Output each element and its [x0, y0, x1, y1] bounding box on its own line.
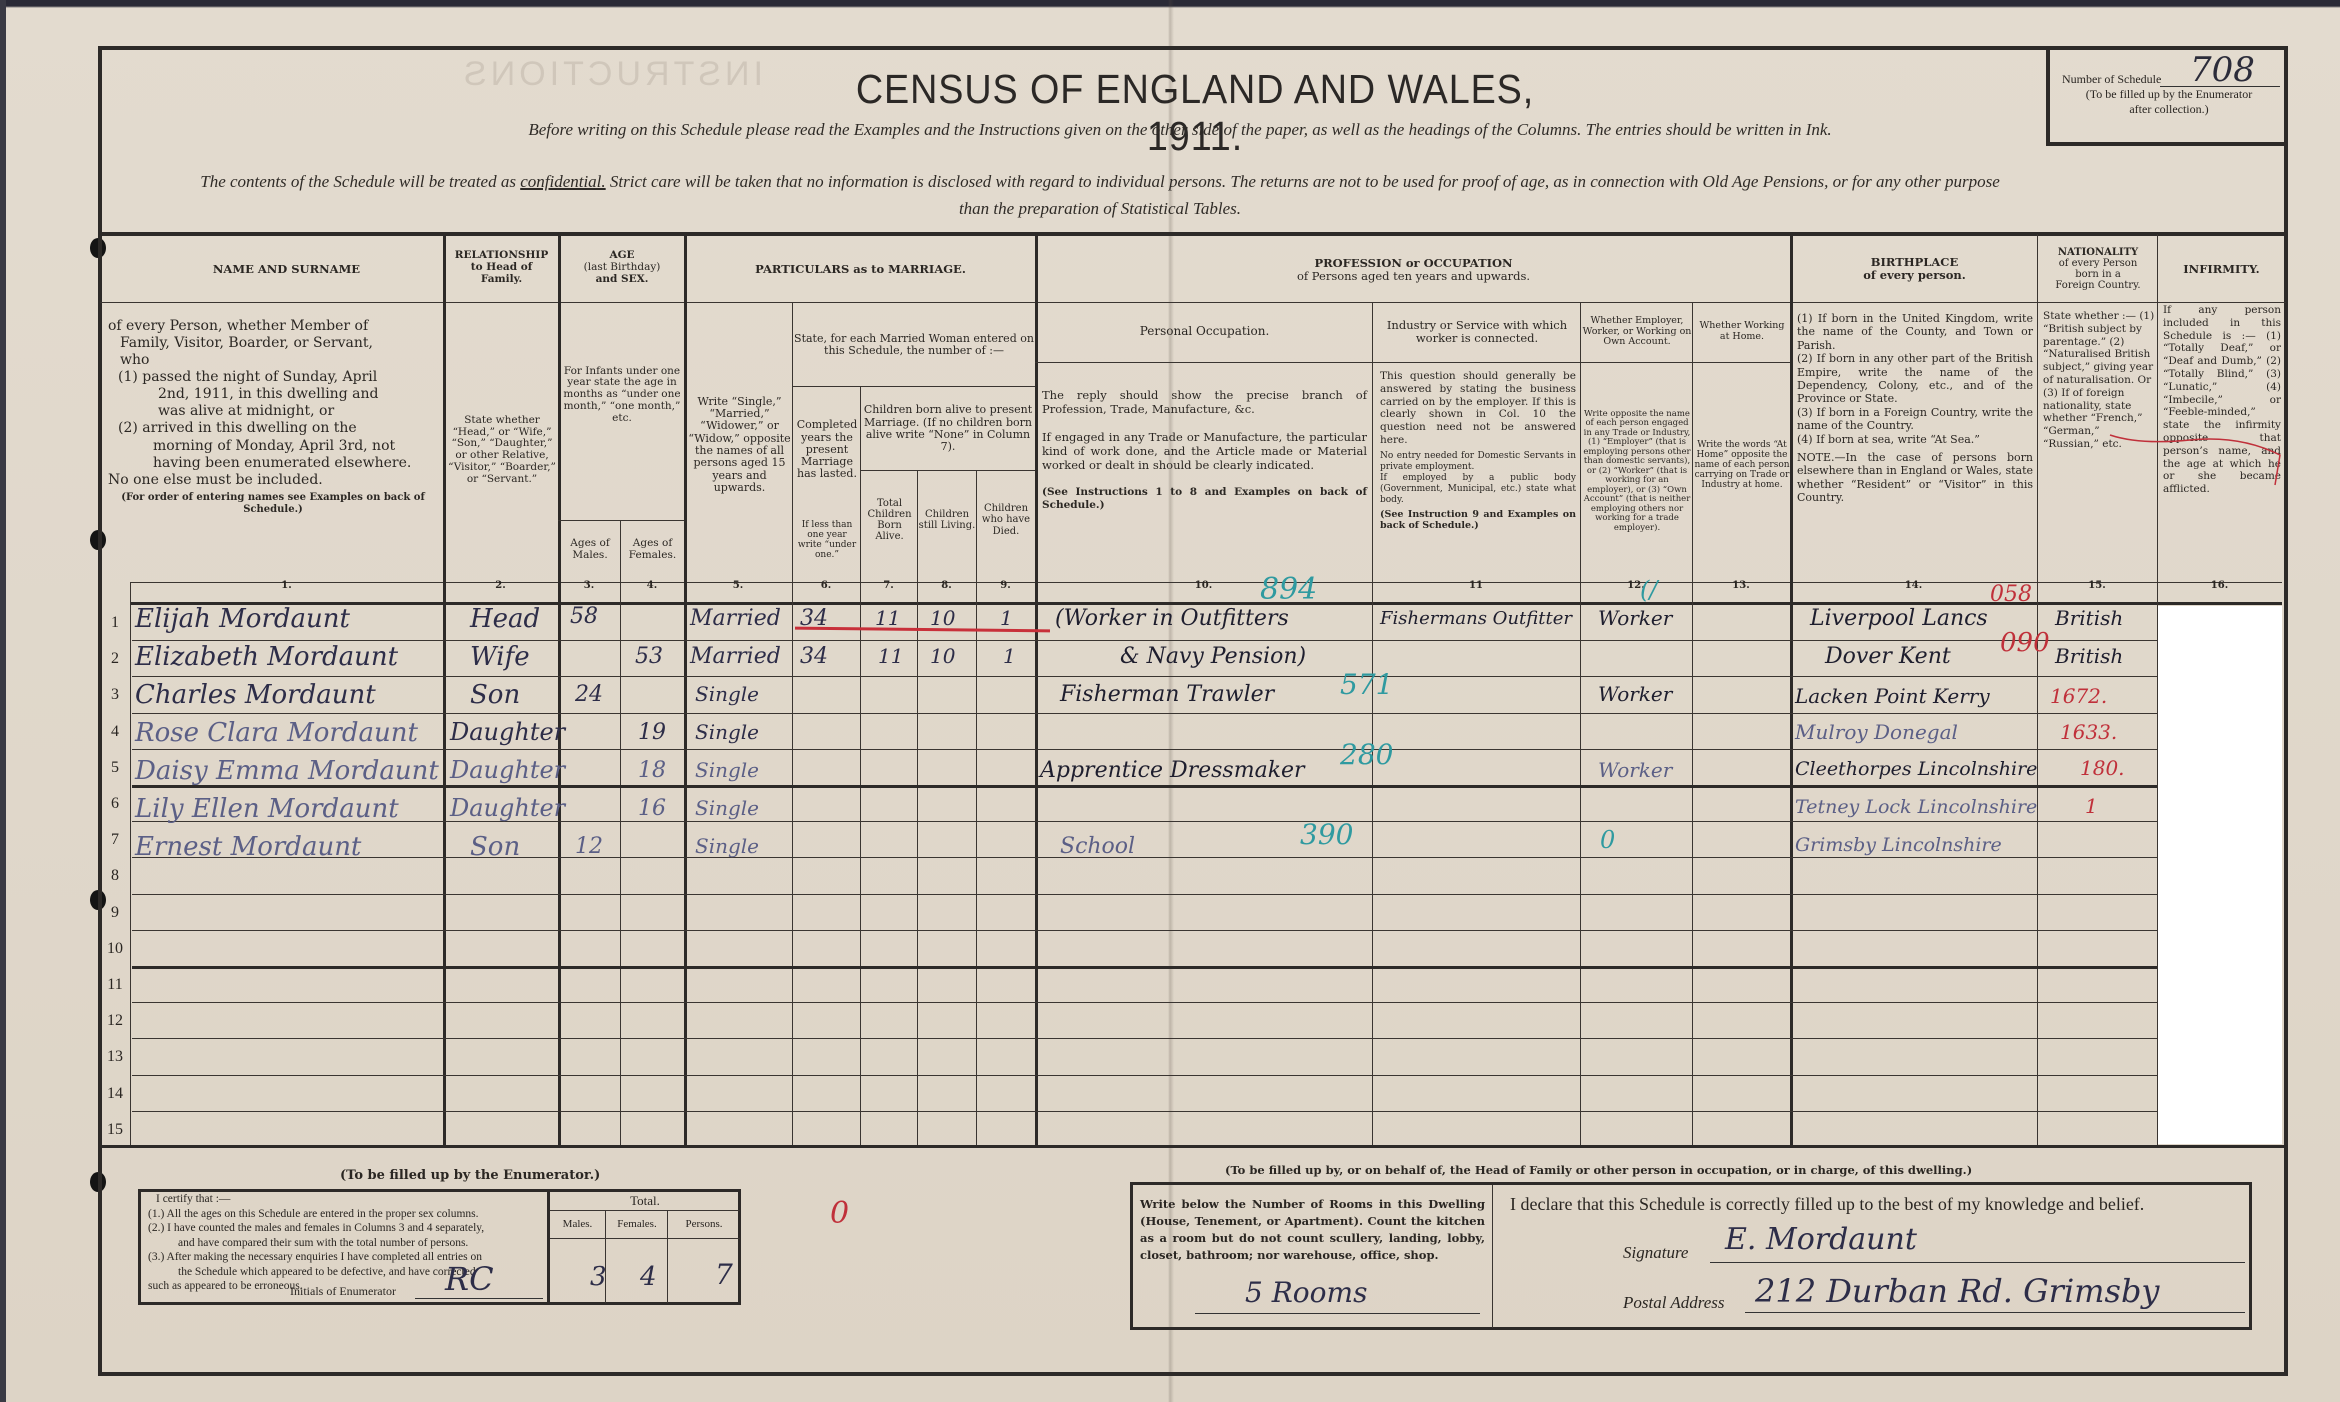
cell-relationship[interactable]: Son — [470, 680, 520, 710]
total-males-label: Males. — [550, 1218, 605, 1230]
column-number: 2. — [443, 580, 558, 602]
row-number: 13 — [100, 1048, 130, 1066]
confidentiality-notice: The contents of the Schedule will be tre… — [120, 168, 2080, 222]
cell-children-living[interactable]: 10 — [930, 644, 955, 668]
enumerator-heading: (To be filled up by the Enumerator.) — [340, 1168, 600, 1183]
row-number: 11 — [100, 976, 130, 994]
column-number: 10. — [1035, 580, 1372, 602]
cell-age-female[interactable]: 19 — [638, 720, 666, 745]
cell-age-male[interactable]: 12 — [575, 834, 603, 859]
cell-occupation[interactable]: School — [1060, 834, 1135, 859]
status-code: (/ — [1640, 576, 1657, 604]
married-woman-instructions: State, for each Married Woman entered on… — [794, 310, 1034, 380]
occupation-code: 390 — [1300, 818, 1353, 851]
children-instructions: Children born alive to present Marriage.… — [862, 390, 1034, 468]
cell-name[interactable]: Elizabeth Mordaunt — [135, 642, 398, 672]
total-persons-label: Persons. — [668, 1218, 740, 1230]
signature-value[interactable]: E. Mordaunt — [1725, 1222, 1917, 1257]
rooms-instructions: Write below the Number of Rooms in this … — [1140, 1196, 1485, 1264]
cell-marital[interactable]: Married — [690, 644, 781, 669]
redacted-infirmity-area — [2158, 606, 2282, 1144]
occupation-code: 280 — [1340, 738, 1393, 771]
row-divider — [132, 1038, 2157, 1039]
birthplace-code: 180. — [2080, 756, 2125, 780]
cell-children-died[interactable]: 1 — [1000, 606, 1013, 630]
cell-employment-status[interactable]: Worker — [1598, 606, 1672, 630]
cell-name[interactable]: Ernest Mordaunt — [135, 832, 361, 862]
header-nationality: NATIONALITY of every Person born in a Fo… — [2039, 236, 2157, 302]
cell-name[interactable]: Charles Mordaunt — [135, 680, 376, 710]
cell-marital[interactable]: Single — [695, 682, 759, 706]
cell-employment-status[interactable]: Worker — [1598, 682, 1672, 706]
row-number: 5 — [100, 759, 130, 777]
industry-instructions: This question should generally be answer… — [1380, 370, 1576, 532]
cell-birthplace[interactable]: Tetney Lock Lincolnshire — [1795, 796, 2037, 818]
years-married-note: If less than one year write “under one.” — [794, 505, 860, 575]
row-divider — [132, 676, 2157, 677]
header-total-children: Total Children Born Alive. — [862, 480, 917, 560]
cell-marital[interactable]: Married — [690, 606, 781, 631]
employer-worker-instructions: Write opposite the name of each person e… — [1582, 364, 1692, 579]
row-number: 4 — [100, 723, 130, 741]
header-personal-occupation: Personal Occupation. — [1037, 304, 1372, 360]
total-females-label: Females. — [606, 1218, 668, 1230]
header-infirmity: INFIRMITY. — [2159, 236, 2284, 302]
row-divider — [132, 930, 2157, 931]
header-working-at-home: Whether Working at Home. — [1694, 304, 1790, 360]
cell-age-male[interactable]: 58 — [570, 604, 598, 629]
header-birthplace: BIRTHPLACEof every person. — [1792, 238, 2037, 300]
row-number: 10 — [100, 940, 130, 958]
schedule-number-value[interactable]: 708 — [2190, 50, 2255, 90]
postal-address-value[interactable]: 212 Durban Rd. Grimsby — [1755, 1272, 2160, 1310]
cell-name[interactable]: Elijah Mordaunt — [135, 604, 350, 634]
header-marriage: PARTICULARS as to MARRIAGE. — [686, 236, 1035, 302]
row-number: 3 — [100, 686, 130, 704]
page-title: CENSUS OF ENGLAND AND WALES, 1911. — [804, 66, 1586, 160]
cell-birthplace[interactable]: Dover Kent — [1825, 644, 1951, 669]
cell-years-married[interactable]: 34 — [800, 644, 828, 669]
row-number: 1 — [100, 614, 130, 632]
row-number: 15 — [100, 1121, 130, 1139]
cell-name[interactable]: Lily Ellen Mordaunt — [135, 794, 399, 824]
column-number: 6. — [792, 580, 860, 602]
cell-birthplace[interactable]: Mulroy Donegal — [1795, 720, 1958, 744]
at-home-instructions: Write the words “At Home” opposite the n… — [1694, 390, 1790, 540]
header-industry: Industry or Service with which worker is… — [1374, 304, 1580, 360]
header-age-sex: AGE(last Birthday)and SEX. — [560, 238, 684, 298]
header-relationship: RELATIONSHIPto Head ofFamily. — [445, 238, 558, 298]
cell-occupation[interactable]: & Navy Pension) — [1120, 644, 1306, 669]
column-number: 7. — [860, 580, 917, 602]
row-number: 6 — [100, 795, 130, 813]
column-number: 3. — [558, 580, 620, 602]
column-number: 5. — [684, 580, 792, 602]
row-number: 8 — [100, 867, 130, 885]
cell-age-female[interactable]: 16 — [638, 796, 666, 821]
column-number: 11 — [1372, 580, 1580, 602]
name-column-instructions: of every Person, whether Member of Famil… — [108, 318, 438, 516]
header-years-married: Completed years the present Marriage has… — [794, 395, 860, 505]
header-name-surname: NAME AND SURNAME — [130, 236, 443, 302]
header-ages-females: Ages of Females. — [621, 525, 684, 575]
column-number: 1. — [130, 580, 443, 602]
header-employer-worker: Whether Employer, Worker, or Working on … — [1582, 304, 1692, 360]
householder-heading: (To be filled up by, or on behalf of, th… — [1225, 1163, 1972, 1177]
row-divider — [132, 1002, 2157, 1003]
row-divider — [132, 749, 2157, 750]
total-label: Total. — [550, 1193, 740, 1209]
cell-birthplace[interactable]: Lacken Point Kerry — [1795, 684, 1990, 708]
cell-industry[interactable]: Fishermans Outfitter — [1380, 608, 1572, 629]
row-number: 7 — [100, 831, 130, 849]
birthplace-code: 090 — [2000, 628, 2050, 658]
birthplace-code: 1 — [2085, 794, 2098, 818]
instructions-note: Before writing on this Schedule please r… — [380, 120, 1980, 140]
relationship-instructions: State whether “Head,” or “Wife,” “Son,” … — [447, 390, 557, 510]
cell-nationality[interactable]: British — [2055, 644, 2123, 668]
cell-employment-status[interactable]: Worker — [1598, 758, 1672, 782]
row-divider — [132, 857, 2157, 858]
birthplace-code: 1633. — [2060, 720, 2117, 744]
red-mark: 0 — [830, 1196, 849, 1231]
cell-age-female[interactable]: 18 — [638, 758, 666, 783]
column-number: 12. — [1580, 580, 1692, 602]
cell-relationship[interactable]: Daughter — [450, 756, 565, 784]
cell-name[interactable]: Rose Clara Mordaunt — [135, 718, 418, 748]
status-code: 0 — [1600, 826, 1615, 854]
enumerator-initials[interactable]: RC — [445, 1260, 494, 1298]
cell-children-died[interactable]: 1 — [1003, 644, 1016, 668]
marital-status-instructions: Write “Single,” “Married,” “Widower,” or… — [688, 365, 791, 525]
cell-relationship[interactable]: Wife — [470, 642, 530, 672]
row-divider — [132, 821, 2157, 822]
cell-children-born[interactable]: 11 — [875, 606, 900, 630]
column-number: 13. — [1692, 580, 1790, 602]
birthplace-instructions: (1) If born in the United Kingdom, write… — [1797, 312, 2033, 505]
cell-children-born[interactable]: 11 — [878, 644, 903, 668]
page-edge — [0, 0, 6, 1402]
occupation-code: 894 — [1260, 572, 1317, 607]
occupation-code: 571 — [1340, 668, 1393, 701]
cell-relationship[interactable]: Daughter — [450, 718, 565, 746]
total-females-value[interactable]: 4 — [640, 1262, 657, 1292]
cell-name[interactable]: Daisy Emma Mordaunt — [135, 756, 439, 786]
confidential-word: confidential. — [520, 172, 605, 191]
header-children-died: Children who have Died. — [977, 480, 1035, 560]
header-children-living: Children still Living. — [918, 480, 976, 560]
table-bottom-border — [100, 1145, 2286, 1148]
column-number: 9. — [976, 580, 1035, 602]
cell-birthplace[interactable]: Grimsby Lincolnshire — [1795, 834, 2002, 856]
row-number: 14 — [100, 1085, 130, 1103]
red-annotation-mark — [2100, 430, 2290, 500]
row-divider — [132, 640, 2157, 641]
occupation-instructions: The reply should show the precise branch… — [1042, 388, 1367, 512]
postal-address-label: Postal Address — [1623, 1293, 1725, 1313]
column-number: 8. — [917, 580, 976, 602]
cell-birthplace[interactable]: Cleethorpes Lincolnshire — [1795, 758, 2037, 780]
column-number: 16. — [2157, 580, 2282, 602]
cell-birthplace[interactable]: Liverpool Lancs — [1810, 606, 1988, 631]
initials-label: Initials of Enumerator — [290, 1283, 396, 1300]
cell-age-female[interactable]: 53 — [635, 644, 663, 669]
cell-nationality[interactable]: British — [2055, 606, 2123, 630]
cell-occupation[interactable]: Fisherman Trawler — [1060, 682, 1274, 707]
column-number: 15. — [2037, 580, 2157, 602]
cell-relationship[interactable]: Head — [470, 604, 540, 634]
cell-age-male[interactable]: 24 — [575, 682, 603, 707]
total-males-value[interactable]: 3 — [590, 1262, 607, 1292]
birthplace-code: 058 — [1990, 582, 2032, 607]
cell-occupation[interactable]: (Worker in Outfitters — [1055, 606, 1289, 631]
schedule-number-box: 708 Number of Schedule (To be filled up … — [2046, 46, 2288, 146]
row-divider — [132, 1075, 2157, 1076]
signature-label: Signature — [1623, 1243, 1688, 1263]
cell-occupation[interactable]: Apprentice Dressmaker — [1040, 758, 1305, 783]
ghost-instructions-text: INSTRUCTIONS — [460, 55, 763, 94]
row-divider — [132, 966, 2157, 969]
cell-marital[interactable]: Single — [695, 720, 759, 744]
cell-marital[interactable]: Single — [695, 834, 759, 858]
cell-relationship[interactable]: Son — [470, 832, 520, 862]
row-number: 9 — [100, 904, 130, 922]
row-divider — [132, 713, 2157, 714]
infant-age-instructions: For Infants under one year state the age… — [560, 340, 684, 450]
cell-marital[interactable]: Single — [695, 758, 759, 782]
rooms-value[interactable]: 5 Rooms — [1245, 1276, 1367, 1309]
cell-relationship[interactable]: Daughter — [450, 794, 565, 822]
row-number: 12 — [100, 1012, 130, 1030]
header-ages-males: Ages of Males. — [560, 525, 620, 575]
declaration-text: I declare that this Schedule is correctl… — [1510, 1194, 2144, 1215]
row-number: 2 — [100, 650, 130, 668]
row-divider — [132, 894, 2157, 895]
cell-marital[interactable]: Single — [695, 796, 759, 820]
birthplace-code: 1672. — [2050, 684, 2107, 708]
total-persons-value[interactable]: 7 — [715, 1258, 733, 1291]
column-number: 4. — [620, 580, 684, 602]
header-occupation: PROFESSION or OCCUPATION of Persons aged… — [1037, 240, 1790, 300]
cell-children-living[interactable]: 10 — [930, 606, 955, 630]
row-divider — [132, 1111, 2157, 1112]
